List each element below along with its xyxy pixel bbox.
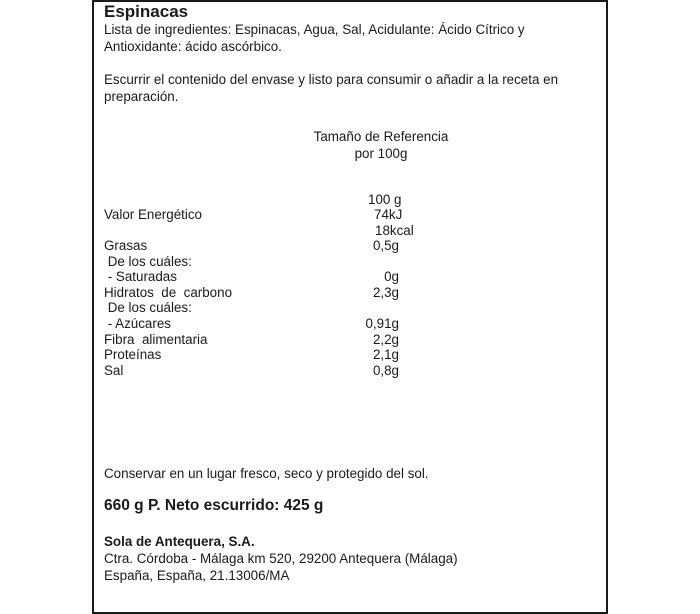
nutrition-row-label: - Azúcares bbox=[104, 315, 171, 332]
nutrition-row-value: 0g bbox=[279, 268, 399, 285]
nutrition-row-value: 0,8g bbox=[279, 362, 399, 379]
nutrition-row-label: - Saturadas bbox=[104, 268, 177, 285]
nutrition-row-label: De los cuáles: bbox=[104, 299, 192, 316]
product-label: Espinacas Lista de ingredientes: Espinac… bbox=[92, 0, 608, 614]
nutrition-row-value: 2,2g bbox=[279, 331, 399, 348]
nutrition-row-label: Grasas bbox=[104, 237, 147, 254]
usage-line-2: preparación. bbox=[104, 88, 178, 105]
manufacturer-address: Ctra. Córdoba - Málaga km 520, 29200 Ant… bbox=[104, 550, 458, 567]
nutrition-row-label: Fibra alimentaria bbox=[104, 331, 207, 348]
nutrition-row-value: 0,91g bbox=[279, 315, 399, 332]
manufacturer-country: España, España, 21.13006/MA bbox=[104, 567, 289, 584]
reference-size-line-2: por 100g bbox=[281, 145, 481, 162]
net-weight: 660 g P. Neto escurrido: 425 g bbox=[104, 497, 323, 515]
reference-size-line-1: Tamaño de Referencia bbox=[281, 128, 481, 145]
ingredients-line-2: Antioxidante: ácido ascórbico. bbox=[104, 38, 282, 55]
manufacturer-name: Sola de Antequera, S.A. bbox=[104, 533, 255, 550]
product-title: Espinacas bbox=[104, 2, 188, 22]
usage-line-1: Escurrir el contenido del envase y listo… bbox=[104, 71, 558, 88]
nutrition-row-label: Hidratos de carbono bbox=[104, 284, 232, 301]
nutrition-row-label: Proteínas bbox=[104, 346, 161, 363]
nutrition-row-value: 0,5g bbox=[279, 237, 399, 254]
energy-label: Valor Energético bbox=[104, 206, 202, 223]
storage-instructions: Conservar en un lugar fresco, seco y pro… bbox=[104, 465, 429, 482]
nutrition-row-value: 2,3g bbox=[279, 284, 399, 301]
nutrition-row-label: Sal bbox=[104, 362, 123, 379]
ingredients-line-1: Lista de ingredientes: Espinacas, Agua, … bbox=[104, 21, 525, 38]
nutrition-row-label: De los cuáles: bbox=[104, 253, 192, 270]
energy-kj-value: 74kJ bbox=[374, 206, 402, 223]
nutrition-row-value: 2,1g bbox=[279, 346, 399, 363]
